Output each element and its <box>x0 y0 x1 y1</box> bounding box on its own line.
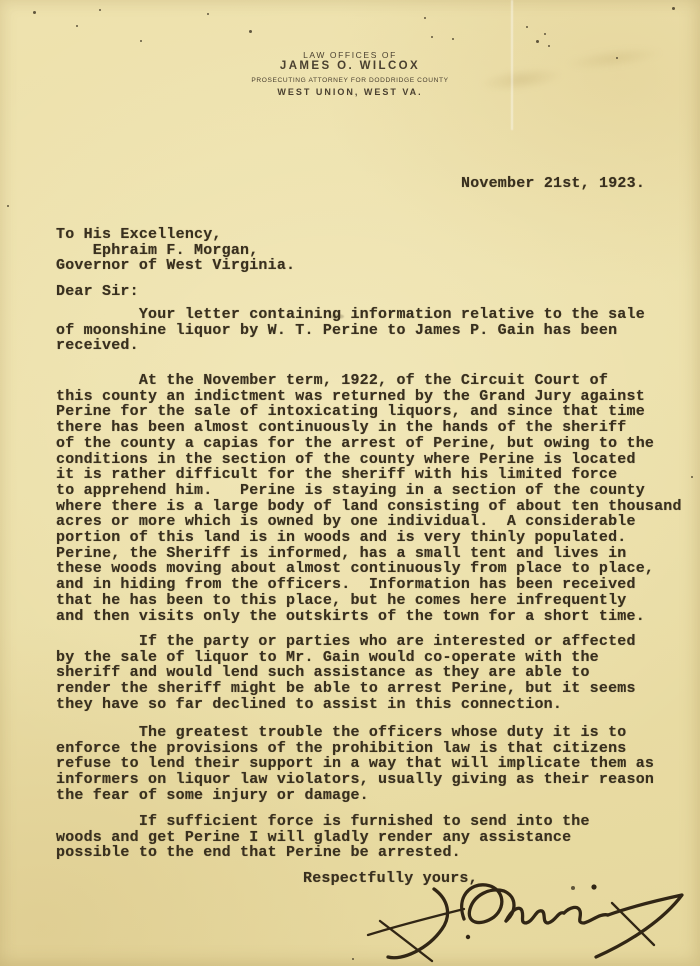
ink-speck <box>544 33 546 35</box>
ink-speck <box>536 40 539 43</box>
handwritten-signature-jo-wilcox <box>364 879 690 965</box>
body-paragraph-3: If the party or parties who are interest… <box>56 634 636 713</box>
body-paragraph-2: At the November term, 1922, of the Circu… <box>56 373 682 624</box>
letterhead-office-line: LAW OFFICES OF <box>0 50 700 60</box>
scanned-letter-page: LAW OFFICES OF JAMES O. WILCOX PROSECUTI… <box>0 0 700 966</box>
ink-speck <box>7 205 9 207</box>
recipient-address: To His Excellency, Ephraim F. Morgan, Go… <box>56 227 295 274</box>
salutation: Dear Sir: <box>56 284 139 300</box>
ink-speck <box>672 7 675 10</box>
ink-speck <box>548 45 550 47</box>
ink-speck <box>249 30 252 33</box>
ink-speck <box>140 40 142 42</box>
date-line: November 21st, 1923. <box>461 176 645 192</box>
body-paragraph-5: If sufficient force is furnished to send… <box>56 814 590 861</box>
ink-speck <box>452 38 454 40</box>
ink-speck <box>424 17 426 19</box>
ink-speck <box>571 886 575 890</box>
ink-speck <box>76 25 78 27</box>
ink-speck <box>616 57 618 59</box>
ink-speck <box>99 9 101 11</box>
ink-speck <box>526 26 528 28</box>
body-paragraph-4: The greatest trouble the officers whose … <box>56 725 654 804</box>
ink-speck <box>691 476 693 478</box>
signature-ink-strokes <box>364 879 690 965</box>
ink-speck <box>431 36 433 38</box>
ink-speck <box>207 13 209 15</box>
ink-speck <box>33 11 36 14</box>
letterhead-location-line: WEST UNION, WEST VA. <box>0 87 700 97</box>
letterhead-title-line: PROSECUTING ATTORNEY FOR DODDRIDGE COUNT… <box>0 77 700 84</box>
ink-smudge <box>330 314 344 319</box>
ink-speck <box>352 958 354 960</box>
body-paragraph-1: Your letter containing information relat… <box>56 307 645 354</box>
letterhead-name: JAMES O. WILCOX <box>0 60 700 72</box>
